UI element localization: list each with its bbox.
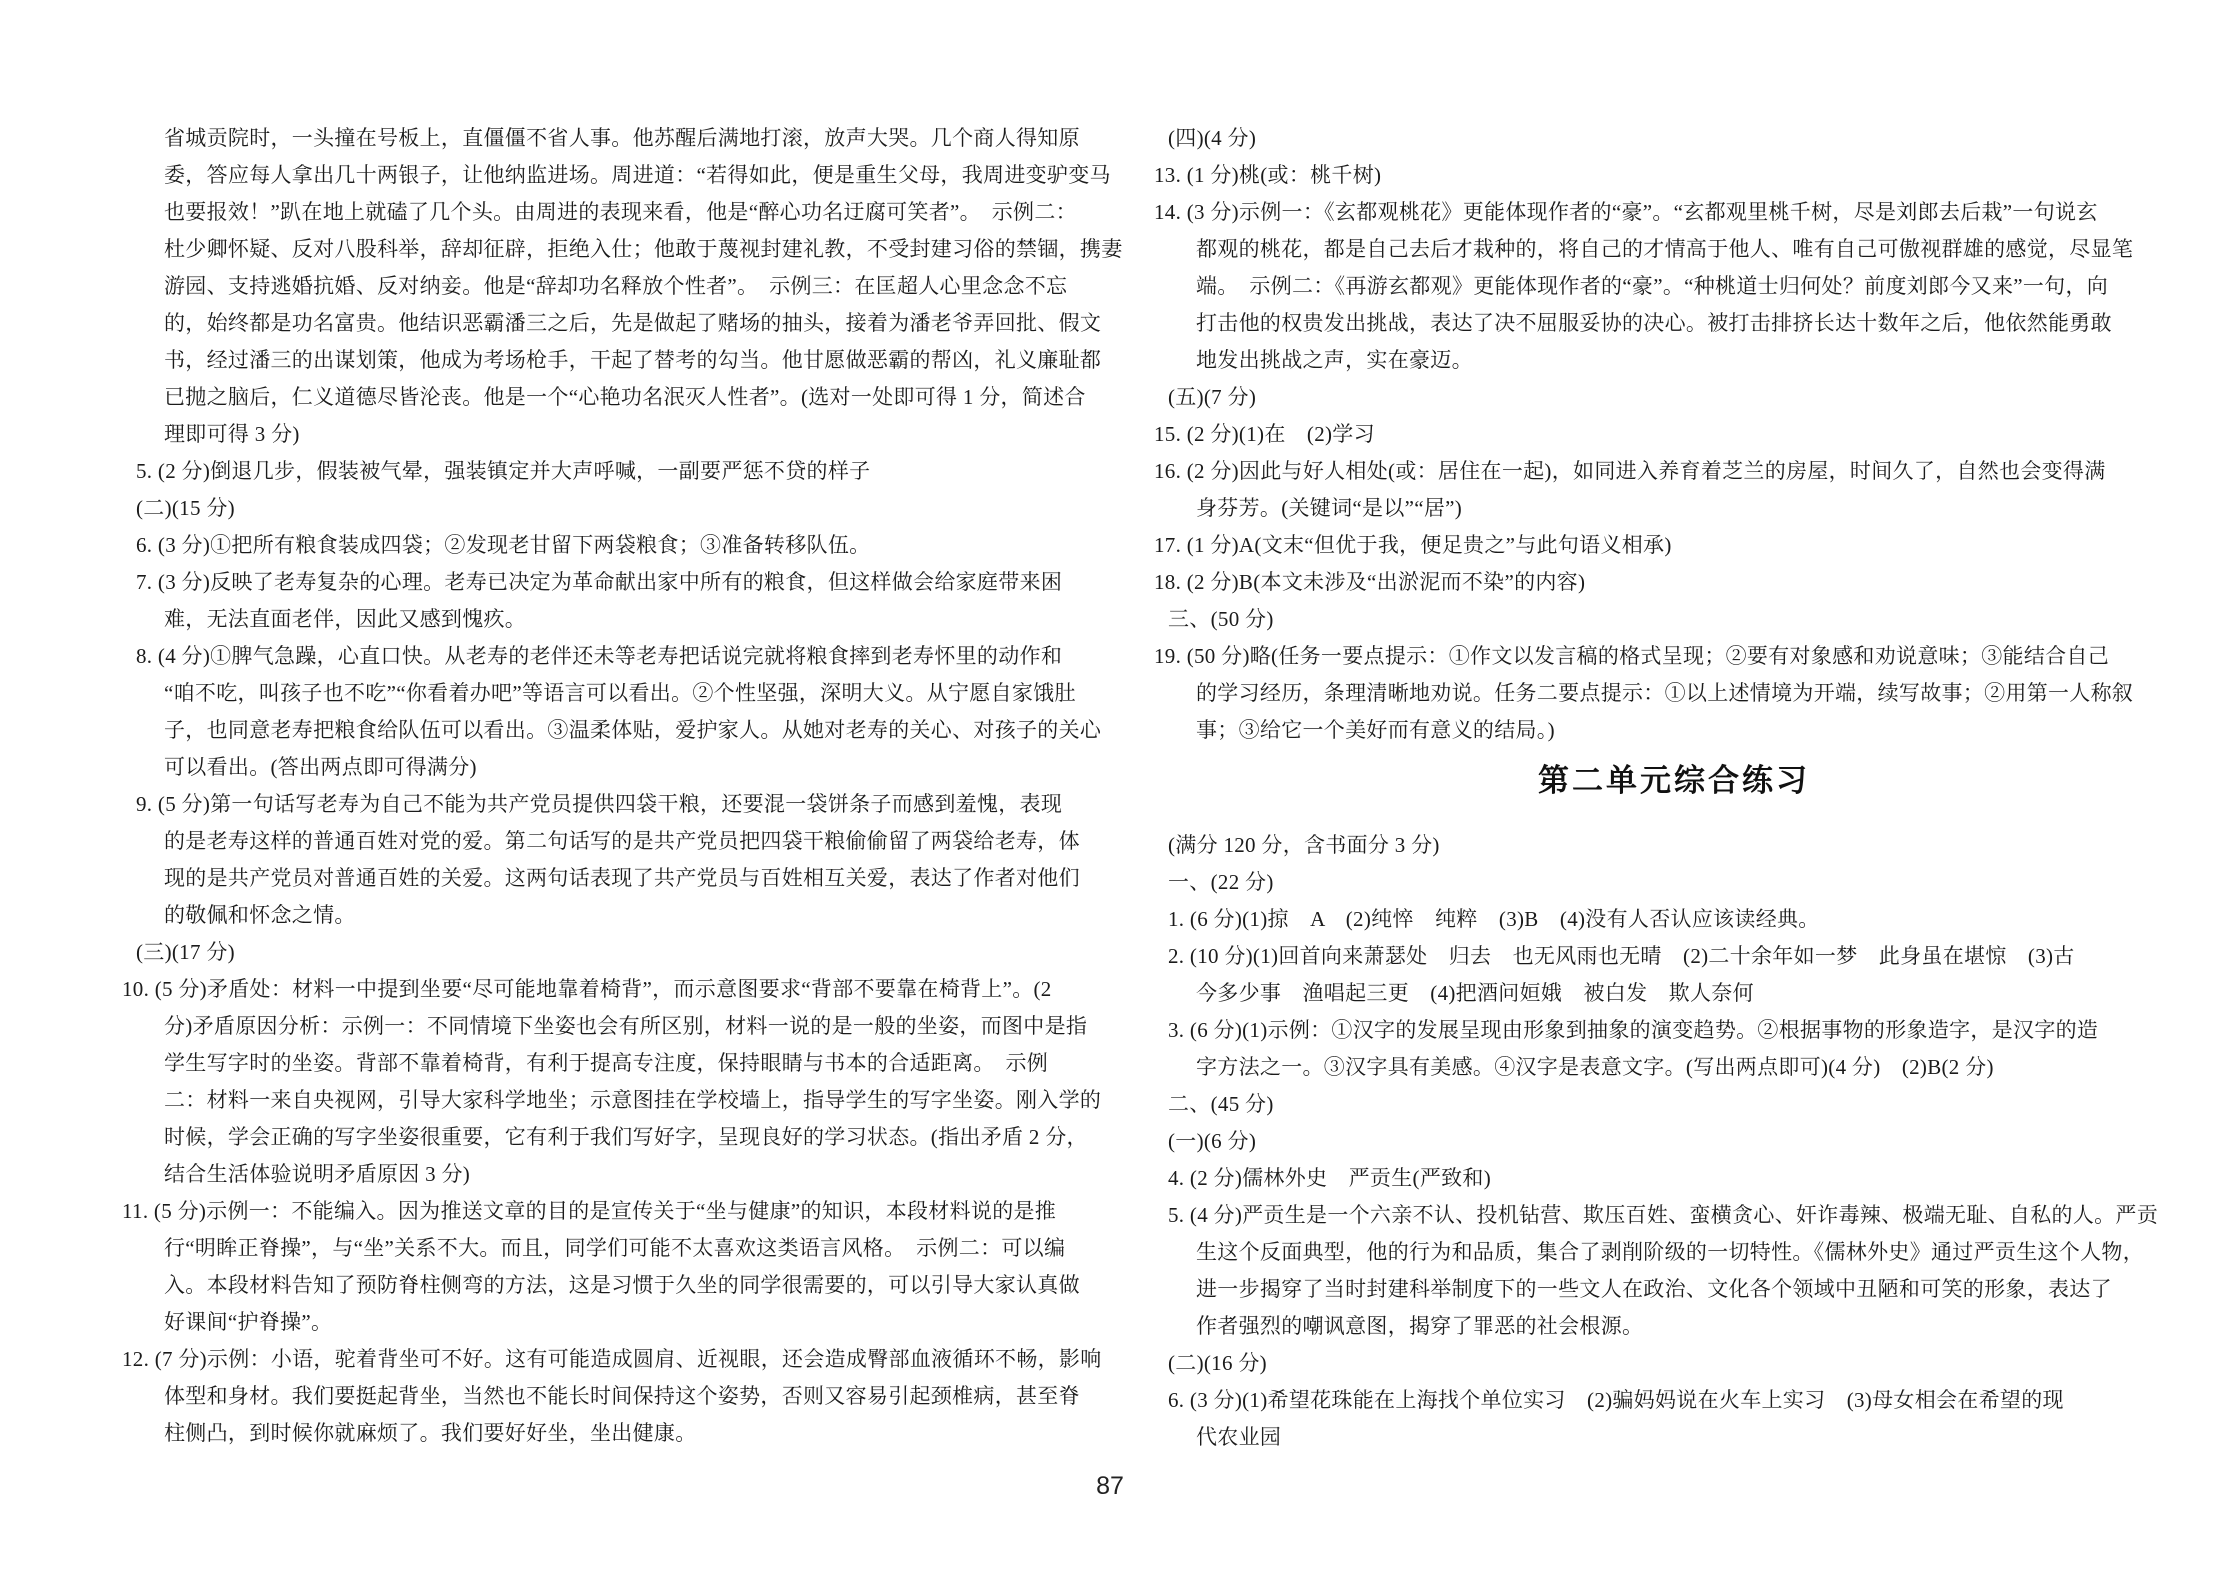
answer-text-line: 入。本段材料告知了预防脊柱侧弯的方法，这是习惯于久坐的同学很需要的，可以引导大家… bbox=[136, 1267, 1148, 1304]
answer-text-line: 书，经过潘三的出谋划策，他成为考场枪手，干起了替考的勾当。他甘愿做恶霸的帮凶，礼… bbox=[136, 342, 1148, 379]
answer-key-page: 省城贡院时，一头撞在号板上，直僵僵不省人事。他苏醒后满地打滚，放声大哭。几个商人… bbox=[0, 0, 2220, 1571]
answer-text-line: 今多少事 渔唱起三更 (4)把酒问姮娥 被白发 欺人奈何 bbox=[1168, 975, 2180, 1012]
answer-text-line: 省城贡院时，一头撞在号板上，直僵僵不省人事。他苏醒后满地打滚，放声大哭。几个商人… bbox=[136, 120, 1148, 157]
answer-text-line: 打击他的权贵发出挑战，表达了决不屈服妥协的决心。被打击排挤长达十数年之后，他依然… bbox=[1168, 305, 2180, 342]
page-number: 87 bbox=[0, 1472, 2220, 1501]
answer-text-line: 11. (5 分)示例一：不能编入。因为推送文章的目的是宣传关于“坐与健康”的知… bbox=[122, 1193, 1148, 1230]
answer-text-line: 二：材料一来自央视网，引导大家科学地坐；示意图挂在学校墙上，指导学生的写字坐姿。… bbox=[136, 1082, 1148, 1119]
answer-text-line: 体型和身材。我们要挺起背坐，当然也不能长时间保持这个姿势，否则又容易引起颈椎病，… bbox=[136, 1378, 1148, 1415]
answer-text-line: 19. (50 分)略(任务一要点提示：①作文以发言稿的格式呈现；②要有对象感和… bbox=[1154, 638, 2180, 675]
answer-text-line: 时候，学会正确的写字坐姿很重要，它有利于我们写好字，呈现良好的学习状态。(指出矛… bbox=[136, 1119, 1148, 1156]
answer-text-line: 学生写字时的坐姿。背部不靠着椅背，有利于提高专注度，保持眼睛与书本的合适距离。 … bbox=[136, 1045, 1148, 1082]
answer-text-line: 2. (10 分)(1)回首向来萧瑟处 归去 也无风雨也无晴 (2)二十余年如一… bbox=[1168, 938, 2180, 975]
answer-text-line: 14. (3 分)示例一：《玄都观桃花》更能体现作者的“豪”。“玄都观里桃千树，… bbox=[1154, 194, 2180, 231]
answer-text-line: 6. (3 分)①把所有粮食装成四袋；②发现老甘留下两袋粮食；③准备转移队伍。 bbox=[136, 527, 1148, 564]
answer-text-line: (一)(6 分) bbox=[1168, 1123, 2180, 1160]
answer-text-line: 3. (6 分)(1)示例：①汉字的发展呈现由形象到抽象的演变趋势。②根据事物的… bbox=[1168, 1012, 2180, 1049]
answer-text-line: 好课间“护脊操”。 bbox=[136, 1304, 1148, 1341]
answer-text-line: 生这个反面典型，他的行为和品质，集合了剥削阶级的一切特性。《儒林外史》通过严贡生… bbox=[1168, 1234, 2180, 1271]
answer-text-line: (三)(17 分) bbox=[136, 934, 1148, 971]
answer-text-line: 理即可得 3 分) bbox=[136, 416, 1148, 453]
answer-text-line: 13. (1 分)桃(或：桃千树) bbox=[1154, 157, 2180, 194]
answer-text-line: 16. (2 分)因此与好人相处(或：居住在一起)，如同进入养育着芝兰的房屋，时… bbox=[1154, 453, 2180, 490]
answer-text-line: “咱不吃，叫孩子也不吃”“你看着办吧”等语言可以看出。②个性坚强，深明大义。从宁… bbox=[136, 675, 1148, 712]
answer-text-line: 可以看出。(答出两点即可得满分) bbox=[136, 749, 1148, 786]
answer-text-line: 9. (5 分)第一句话写老寿为自己不能为共产党员提供四袋干粮，还要混一袋饼条子… bbox=[136, 786, 1148, 823]
answer-text-line: 5. (4 分)严贡生是一个六亲不认、投机钻营、欺压百姓、蛮横贪心、奸诈毒辣、极… bbox=[1168, 1197, 2180, 1234]
answer-text-line: 作者强烈的嘲讽意图，揭穿了罪恶的社会根源。 bbox=[1168, 1308, 2180, 1345]
answer-text-line: 子，也同意老寿把粮食给队伍可以看出。③温柔体贴，爱护家人。从她对老寿的关心、对孩… bbox=[136, 712, 1148, 749]
answer-text-line: 的，始终都是功名富贵。他结识恶霸潘三之后，先是做起了赌场的抽头，接着为潘老爷弄回… bbox=[136, 305, 1148, 342]
answer-text-line: 7. (3 分)反映了老寿复杂的心理。老寿已决定为革命献出家中所有的粮食，但这样… bbox=[136, 564, 1148, 601]
answer-text-line: 18. (2 分)B(本文未涉及“出淤泥而不染”的内容) bbox=[1154, 564, 2180, 601]
answer-text-line: 都观的桃花，都是自己去后才栽种的，将自己的才情高于他人、唯有自己可傲视群雄的感觉… bbox=[1168, 231, 2180, 268]
answer-text-line: 进一步揭穿了当时封建科举制度下的一些文人在政治、文化各个领域中丑陋和可笑的形象，… bbox=[1168, 1271, 2180, 1308]
answer-text-line: (五)(7 分) bbox=[1168, 379, 2180, 416]
answer-text-line: 一、(22 分) bbox=[1168, 864, 2180, 901]
answer-text-line: 杜少卿怀疑、反对八股科举，辞却征辟，拒绝入仕；他敢于蔑视封建礼教，不受封建习俗的… bbox=[136, 231, 1148, 268]
answer-text-line: 4. (2 分)儒林外史 严贡生(严致和) bbox=[1168, 1160, 2180, 1197]
answer-text-line: 15. (2 分)(1)在 (2)学习 bbox=[1154, 416, 2180, 453]
answer-text-line: 端。 示例二：《再游玄都观》更能体现作者的“豪”。“种桃道士归何处？前度刘郎今又… bbox=[1168, 268, 2180, 305]
answer-text-line: 现的是共产党员对普通百姓的关爱。这两句话表现了共产党员与百姓相互关爱，表达了作者… bbox=[136, 860, 1148, 897]
answer-text-line: 身芬芳。(关键词“是以”“居”) bbox=[1168, 490, 2180, 527]
answer-text-line: 二、(45 分) bbox=[1168, 1086, 2180, 1123]
answer-text-line: 难，无法直面老伴，因此又感到愧疚。 bbox=[136, 601, 1148, 638]
answer-text-line: 字方法之一。③汉字具有美感。④汉字是表意文字。(写出两点即可)(4 分) (2)… bbox=[1168, 1049, 2180, 1086]
answer-text-line: 5. (2 分)倒退几步，假装被气晕，强装镇定并大声呼喊，一副要严惩不贷的样子 bbox=[136, 453, 1148, 490]
answer-text-line: 委，答应每人拿出几十两银子，让他纳监进场。周进道：“若得如此，便是重生父母，我周… bbox=[136, 157, 1148, 194]
answer-text-line: 的是老寿这样的普通百姓对党的爱。第二句话写的是共产党员把四袋干粮偷偷留了两袋给老… bbox=[136, 823, 1148, 860]
answer-text-line: 游园、支持逃婚抗婚、反对纳妾。他是“辞却功名释放个性者”。 示例三：在匡超人心里… bbox=[136, 268, 1148, 305]
answer-text-line: 结合生活体验说明矛盾原因 3 分) bbox=[136, 1156, 1148, 1193]
answer-column-right: (四)(4 分)13. (1 分)桃(或：桃千树)14. (3 分)示例一：《玄… bbox=[1168, 120, 2180, 1456]
answer-text-line: 也要报效！”趴在地上就磕了几个头。由周进的表现来看，他是“醉心功名迂腐可笑者”。… bbox=[136, 194, 1148, 231]
answer-text-line: 事；③给它一个美好而有意义的结局。) bbox=[1168, 712, 2180, 749]
answer-text-line: 8. (4 分)①脾气急躁，心直口快。从老寿的老伴还未等老寿把话说完就将粮食摔到… bbox=[136, 638, 1148, 675]
unit-title: 第二单元综合练习 bbox=[1168, 759, 2180, 803]
answer-text-line: 代农业园 bbox=[1168, 1419, 2180, 1456]
answer-text-line: 10. (5 分)矛盾处：材料一中提到坐要“尽可能地靠着椅背”，而示意图要求“背… bbox=[122, 971, 1148, 1008]
answer-text-line: (满分 120 分，含书面分 3 分) bbox=[1168, 827, 2180, 864]
answer-text-line: 地发出挑战之声，实在豪迈。 bbox=[1168, 342, 2180, 379]
answer-text-line: 6. (3 分)(1)希望花珠能在上海找个单位实习 (2)骗妈妈说在火车上实习 … bbox=[1168, 1382, 2180, 1419]
answer-text-line: 的敬佩和怀念之情。 bbox=[136, 897, 1148, 934]
answer-column-left: 省城贡院时，一头撞在号板上，直僵僵不省人事。他苏醒后满地打滚，放声大哭。几个商人… bbox=[136, 120, 1148, 1452]
answer-text-line: (四)(4 分) bbox=[1168, 120, 2180, 157]
answer-text-line: (二)(15 分) bbox=[136, 490, 1148, 527]
answer-text-line: 行“明眸正脊操”，与“坐”关系不大。而且，同学们可能不太喜欢这类语言风格。 示例… bbox=[136, 1230, 1148, 1267]
answer-text-line: 柱侧凸，到时候你就麻烦了。我们要好好坐，坐出健康。 bbox=[136, 1415, 1148, 1452]
answer-text-line: 12. (7 分)示例：小语，驼着背坐可不好。这有可能造成圆肩、近视眼，还会造成… bbox=[122, 1341, 1148, 1378]
answer-text-line: 三、(50 分) bbox=[1168, 601, 2180, 638]
answer-text-line: 分)矛盾原因分析：示例一：不同情境下坐姿也会有所区别，材料一说的是一般的坐姿，而… bbox=[136, 1008, 1148, 1045]
answer-text-line: (二)(16 分) bbox=[1168, 1345, 2180, 1382]
answer-text-line: 已抛之脑后，仁义道德尽皆沦丧。他是一个“心艳功名泯灭人性者”。(选对一处即可得 … bbox=[136, 379, 1148, 416]
answer-text-line: 的学习经历，条理清晰地劝说。任务二要点提示：①以上述情境为开端，续写故事；②用第… bbox=[1168, 675, 2180, 712]
answer-text-line: 17. (1 分)A(文末“但优于我，便足贵之”与此句语义相承) bbox=[1154, 527, 2180, 564]
answer-text-line: 1. (6 分)(1)掠 A (2)纯悴 纯粹 (3)B (4)没有人否认应该读… bbox=[1168, 901, 2180, 938]
